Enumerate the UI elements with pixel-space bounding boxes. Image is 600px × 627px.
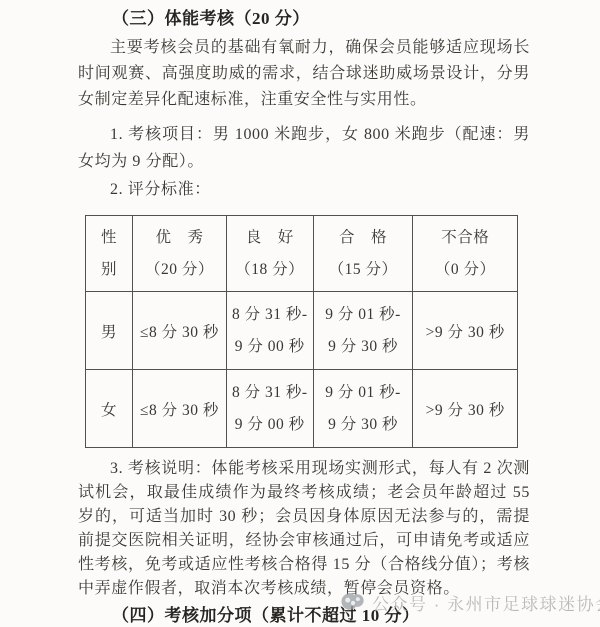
assessment-item-3: 3. 考核说明：体能考核采用现场实测形式，每人有 2 次测试机会，取最佳成绩作为… — [78, 457, 530, 601]
female-gender-cell: 女 — [86, 370, 133, 448]
header-pass: 合 格 （15 分） — [313, 216, 413, 292]
female-excellent-cell: ≤8 分 30 秒 — [133, 370, 227, 448]
table-row-female: 女 ≤8 分 30 秒 8 分 31 秒- 9 分 00 秒 9 分 01 秒-… — [86, 370, 518, 448]
section-4-heading: （四）考核加分项（累计不超过 10 分） — [78, 603, 530, 627]
scoring-standard-table: 性 别 优 秀 （20 分） 良 好 （18 分） 合 格 （15 分） 不合格… — [85, 215, 518, 448]
section-3-intro-paragraph: 主要考核会员的基础有氧耐力，确保会员能够适应现场长时间观赛、高强度助威的需求，结… — [78, 35, 530, 113]
female-good-cell: 8 分 31 秒- 9 分 00 秒 — [226, 370, 313, 448]
female-pass-cell: 9 分 01 秒- 9 分 30 秒 — [313, 370, 413, 448]
male-pass-cell: 9 分 01 秒- 9 分 30 秒 — [313, 292, 413, 370]
header-gender: 性 别 — [86, 216, 133, 292]
assessment-item-1: 1. 考核项目：男 1000 米跑步，女 800 米跑步（配速：男女均为 9 分… — [78, 121, 530, 175]
male-good-cell: 8 分 31 秒- 9 分 00 秒 — [226, 292, 313, 370]
header-fail: 不合格 （0 分） — [413, 216, 518, 292]
male-excellent-cell: ≤8 分 30 秒 — [133, 292, 227, 370]
header-excellent: 优 秀 （20 分） — [133, 216, 227, 292]
female-fail-cell: >9 分 30 秒 — [413, 370, 518, 448]
section-3-heading: （三）体能考核（20 分） — [78, 6, 530, 32]
header-good: 良 好 （18 分） — [226, 216, 313, 292]
table-row-male: 男 ≤8 分 30 秒 8 分 31 秒- 9 分 00 秒 9 分 01 秒-… — [86, 292, 518, 370]
assessment-item-2: 2. 评分标准： — [78, 176, 530, 203]
document-page: （三）体能考核（20 分） 主要考核会员的基础有氧耐力，确保会员能够适应现场长时… — [0, 0, 600, 627]
male-fail-cell: >9 分 30 秒 — [413, 292, 518, 370]
table-header-row: 性 别 优 秀 （20 分） 良 好 （18 分） 合 格 （15 分） 不合格… — [86, 216, 518, 292]
male-gender-cell: 男 — [86, 292, 133, 370]
